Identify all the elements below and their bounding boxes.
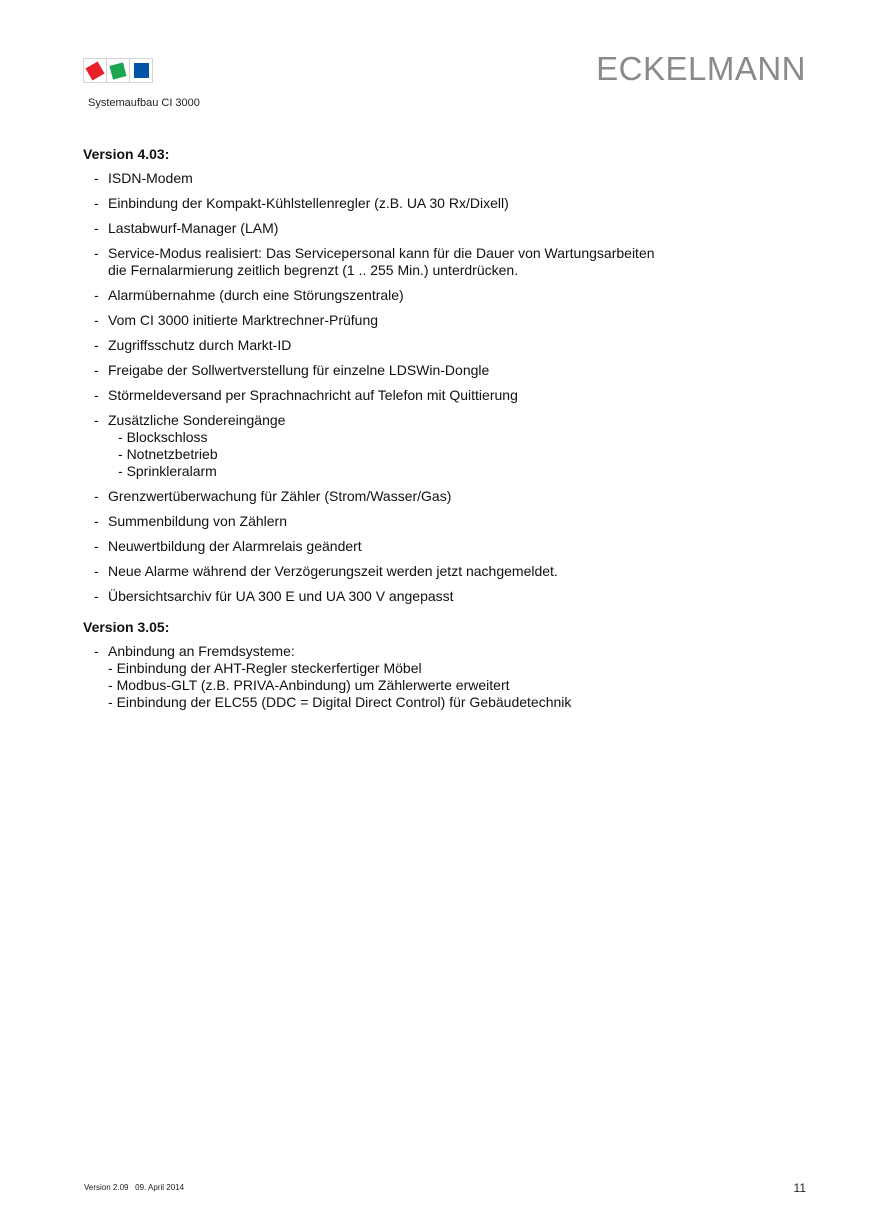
sub-list: BlockschlossNotnetzbetriebSprinkleralarm	[83, 429, 783, 480]
list-item: -ISDN-Modem	[83, 170, 783, 187]
version-section: Version 3.05:-Anbindung an Fremdsysteme:…	[83, 619, 783, 711]
page-number: 11	[794, 1181, 806, 1195]
list-item: -Grenzwertüberwachung für Zähler (Strom/…	[83, 488, 783, 505]
bullet-dash: -	[94, 538, 99, 555]
document-subtitle: Systemaufbau CI 3000	[88, 97, 200, 109]
list-item: -Service-Modus realisiert: Das Servicepe…	[83, 245, 783, 279]
change-list: -ISDN-Modem-Einbindung der Kompakt-Kühls…	[83, 170, 783, 605]
bullet-dash: -	[94, 513, 99, 530]
item-text: Zugriffsschutz durch Markt-ID	[108, 337, 783, 354]
item-text: Neue Alarme während der Verzögerungszeit…	[108, 563, 783, 580]
logo-red-cell	[83, 58, 107, 83]
sub-list-item: Modbus-GLT (z.B. PRIVA-Anbindung) um Zäh…	[108, 677, 783, 694]
item-text-continuation: die Fernalarmierung zeitlich begrenzt (1…	[108, 262, 783, 279]
bullet-dash: -	[94, 220, 99, 237]
version-section: Version 4.03:-ISDN-Modem-Einbindung der …	[83, 146, 783, 605]
bullet-dash: -	[94, 563, 99, 580]
list-item: -Alarmübernahme (durch eine Störungszent…	[83, 287, 783, 304]
sub-list-item: Einbindung der AHT-Regler steckerfertige…	[108, 660, 783, 677]
bullet-dash: -	[94, 312, 99, 329]
item-text: Freigabe der Sollwertverstellung für ein…	[108, 362, 783, 379]
list-item: -Zusätzliche SondereingängeBlockschlossN…	[83, 412, 783, 480]
bullet-dash: -	[94, 412, 99, 429]
bullet-dash: -	[94, 245, 99, 262]
item-text: Grenzwertüberwachung für Zähler (Strom/W…	[108, 488, 783, 505]
company-logo	[83, 58, 155, 83]
item-text: Service-Modus realisiert: Das Serviceper…	[108, 245, 783, 262]
list-item: -Neue Alarme während der Verzögerungszei…	[83, 563, 783, 580]
item-text: Störmeldeversand per Sprachnachricht auf…	[108, 387, 783, 404]
bullet-dash: -	[94, 387, 99, 404]
sub-list-item: Blockschloss	[108, 429, 783, 446]
sub-list-item: Notnetzbetrieb	[108, 446, 783, 463]
list-item: -Zugriffsschutz durch Markt-ID	[83, 337, 783, 354]
list-item: -Summenbildung von Zählern	[83, 513, 783, 530]
item-text: Zusätzliche Sondereingänge	[108, 412, 783, 429]
item-text: ISDN-Modem	[108, 170, 783, 187]
list-item: -Anbindung an Fremdsysteme:Einbindung de…	[83, 643, 783, 711]
bullet-dash: -	[94, 488, 99, 505]
sub-list: Einbindung der AHT-Regler steckerfertige…	[83, 660, 783, 711]
sub-list-item: Sprinkleralarm	[108, 463, 783, 480]
blue-square-icon	[134, 63, 149, 78]
document-body: Version 4.03:-ISDN-Modem-Einbindung der …	[83, 146, 783, 719]
bullet-dash: -	[94, 195, 99, 212]
version-heading: Version 4.03:	[83, 146, 783, 162]
brand-wordmark: ECKELMANN	[596, 50, 806, 88]
item-text: Einbindung der Kompakt-Kühlstellenregler…	[108, 195, 783, 212]
list-item: -Neuwertbildung der Alarmrelais geändert	[83, 538, 783, 555]
item-text: Übersichtsarchiv für UA 300 E und UA 300…	[108, 588, 783, 605]
bullet-dash: -	[94, 287, 99, 304]
change-list: -Anbindung an Fremdsysteme:Einbindung de…	[83, 643, 783, 711]
bullet-dash: -	[94, 337, 99, 354]
logo-green-cell	[106, 58, 130, 83]
item-text: Neuwertbildung der Alarmrelais geändert	[108, 538, 783, 555]
version-heading: Version 3.05:	[83, 619, 783, 635]
footer-version-date: Version 2.09 09. April 2014	[84, 1183, 184, 1192]
bullet-dash: -	[94, 643, 99, 660]
list-item: -Lastabwurf-Manager (LAM)	[83, 220, 783, 237]
item-text: Anbindung an Fremdsysteme:	[108, 643, 783, 660]
list-item: -Einbindung der Kompakt-Kühlstellenregle…	[83, 195, 783, 212]
list-item: -Störmeldeversand per Sprachnachricht au…	[83, 387, 783, 404]
item-text: Alarmübernahme (durch eine Störungszentr…	[108, 287, 783, 304]
bullet-dash: -	[94, 170, 99, 187]
item-text: Lastabwurf-Manager (LAM)	[108, 220, 783, 237]
item-text: Vom CI 3000 initierte Marktrechner-Prüfu…	[108, 312, 783, 329]
red-square-icon	[85, 61, 104, 80]
list-item: -Übersichtsarchiv für UA 300 E und UA 30…	[83, 588, 783, 605]
green-square-icon	[109, 62, 126, 79]
bullet-dash: -	[94, 588, 99, 605]
bullet-dash: -	[94, 362, 99, 379]
logo-blue-cell	[129, 58, 153, 83]
list-item: -Freigabe der Sollwertverstellung für ei…	[83, 362, 783, 379]
sub-list-item: Einbindung der ELC55 (DDC = Digital Dire…	[108, 694, 783, 711]
list-item: -Vom CI 3000 initierte Marktrechner-Prüf…	[83, 312, 783, 329]
item-text: Summenbildung von Zählern	[108, 513, 783, 530]
